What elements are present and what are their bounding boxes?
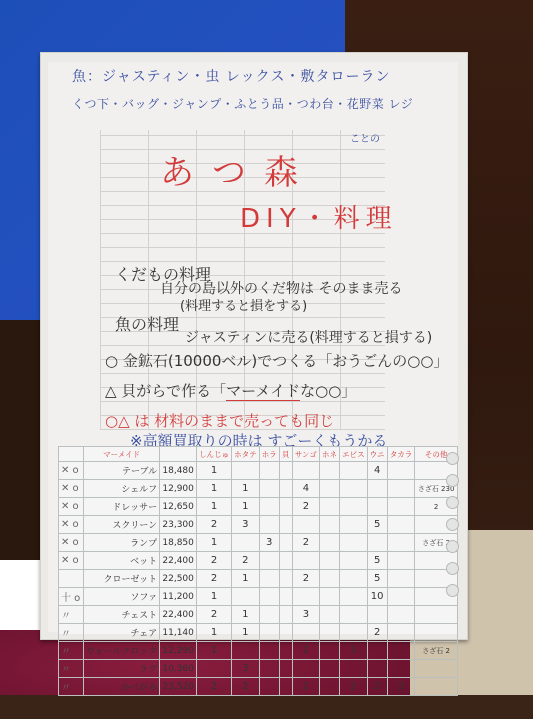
- material-count: [367, 606, 387, 624]
- material-count: [387, 498, 415, 516]
- header-coral: サンゴ: [292, 447, 319, 462]
- material-count: 5: [367, 570, 387, 588]
- recipe-table-sheet: マーメイド しんじゅ ホタテ ホラ 貝 サンゴ ホネ エビス ウニ タカラ その…: [58, 446, 458, 634]
- material-count: 2: [197, 552, 232, 570]
- item-name: チェア: [84, 624, 160, 642]
- material-count: [292, 624, 319, 642]
- material-count: 2: [197, 606, 232, 624]
- material-count: [319, 588, 339, 606]
- material-count: [367, 534, 387, 552]
- material-count: 2: [292, 534, 319, 552]
- material-count: [259, 678, 279, 696]
- material-count: [340, 570, 368, 588]
- header-urchin: ウニ: [367, 447, 387, 462]
- material-count: [387, 462, 415, 480]
- table-row: 十 oソファ11,200110: [59, 588, 458, 606]
- material-count: [292, 462, 319, 480]
- material-count: [340, 606, 368, 624]
- material-count: [367, 660, 387, 678]
- material-count: 2: [340, 678, 368, 696]
- row-mark: 〃: [59, 678, 84, 696]
- material-count: 3: [232, 660, 260, 678]
- shell-suffix: な○○」: [300, 382, 356, 400]
- item-price: 22,500: [160, 570, 197, 588]
- material-count: [387, 480, 415, 498]
- header-mark: [59, 447, 84, 462]
- material-count: [279, 516, 292, 534]
- table-row: ✕ oシェルフ12,900114さざ石 230: [59, 480, 458, 498]
- binder-hole: [446, 496, 459, 509]
- material-count: [197, 660, 232, 678]
- header-conch: ホラ: [259, 447, 279, 462]
- material-count: [279, 498, 292, 516]
- stray-text: ことの: [350, 130, 380, 145]
- material-count: [259, 570, 279, 588]
- material-count: [279, 480, 292, 498]
- item-name: ラグ: [84, 660, 160, 678]
- item-name: かべがみ: [84, 678, 160, 696]
- material-count: [415, 678, 458, 696]
- item-price: 12,650: [160, 498, 197, 516]
- material-count: [340, 462, 368, 480]
- material-count: 2: [232, 552, 260, 570]
- item-price: 11,200: [160, 588, 197, 606]
- material-count: [279, 570, 292, 588]
- table-row: ✕ oスクリーン23,300235: [59, 516, 458, 534]
- material-count: 2: [292, 498, 319, 516]
- binder-hole: [446, 562, 459, 575]
- header-ebisu: エビス: [340, 447, 368, 462]
- shell-prefix: △ 貝がらで作る「: [105, 382, 226, 400]
- top-note-line-1: 魚：ジャスティン・虫 レックス・敷タローラン: [72, 66, 391, 86]
- table-row: 〃ウォールクロック12,290123さざ石 2: [59, 642, 458, 660]
- item-price: 22,400: [160, 552, 197, 570]
- header-name: マーメイド: [84, 447, 160, 462]
- material-count: [387, 642, 415, 660]
- table-row: ✕ oドレッサー12,6501122: [59, 498, 458, 516]
- header-bone: ホネ: [319, 447, 339, 462]
- material-count: [340, 516, 368, 534]
- item-name: クローゼット: [84, 570, 160, 588]
- table-row: 〃ラグ10,3603: [59, 660, 458, 678]
- material-count: [415, 606, 458, 624]
- item-name: ソファ: [84, 588, 160, 606]
- material-count: [319, 660, 339, 678]
- material-count: [292, 588, 319, 606]
- material-count: [367, 480, 387, 498]
- material-count: 2: [367, 624, 387, 642]
- material-count: [232, 462, 260, 480]
- material-count: [367, 498, 387, 516]
- material-count: [319, 678, 339, 696]
- material-count: [319, 606, 339, 624]
- material-count: [279, 552, 292, 570]
- material-count: 2: [292, 570, 319, 588]
- binder-hole: [446, 518, 459, 531]
- material-count: [387, 606, 415, 624]
- binder-hole: [446, 474, 459, 487]
- top-note-line-2: くつ下・バッグ・ジャンプ・ふとう品・つわ台・花野菜 レジ: [72, 95, 413, 112]
- material-count: [387, 516, 415, 534]
- material-count: 1: [197, 462, 232, 480]
- table-row: 〃チェスト22,400213: [59, 606, 458, 624]
- material-count: [232, 642, 260, 660]
- material-count: [259, 642, 279, 660]
- wood-edge: [0, 695, 533, 719]
- row-mark: 十 o: [59, 588, 84, 606]
- material-count: [340, 660, 368, 678]
- material-count: [292, 660, 319, 678]
- item-price: 12,290: [160, 642, 197, 660]
- material-count: 2: [387, 678, 415, 696]
- material-count: [319, 516, 339, 534]
- header-pearl: しんじゅ: [197, 447, 232, 462]
- material-count: [340, 624, 368, 642]
- section-line-fruit-2: (料理すると損をする): [180, 295, 307, 314]
- material-count: 3: [340, 642, 368, 660]
- section-heading-fish: 魚の料理: [115, 312, 179, 335]
- page-title: あつ森: [160, 145, 316, 194]
- material-count: 1: [197, 642, 232, 660]
- material-count: [232, 534, 260, 552]
- binder-hole: [446, 584, 459, 597]
- material-count: [279, 642, 292, 660]
- material-count: 1: [232, 570, 260, 588]
- material-count: 2: [292, 678, 319, 696]
- material-count: 1: [197, 588, 232, 606]
- item-name: スクリーン: [84, 516, 160, 534]
- material-count: 2: [197, 570, 232, 588]
- material-count: [279, 624, 292, 642]
- item-price: 23,300: [160, 516, 197, 534]
- material-count: [279, 606, 292, 624]
- material-count: [367, 642, 387, 660]
- material-count: [340, 534, 368, 552]
- header-takara: タカラ: [387, 447, 415, 462]
- material-count: [387, 660, 415, 678]
- material-count: [319, 624, 339, 642]
- material-count: [340, 498, 368, 516]
- material-count: [259, 552, 279, 570]
- table-row: ✕ oテーブル18,48014: [59, 462, 458, 480]
- material-count: [279, 678, 292, 696]
- page-subtitle: DIY・料理: [240, 198, 398, 235]
- material-count: [415, 624, 458, 642]
- material-count: 5: [367, 552, 387, 570]
- table-row: ✕ oランプ18,850132さざ石 2: [59, 534, 458, 552]
- item-price: 12,900: [160, 480, 197, 498]
- material-count: 3: [232, 516, 260, 534]
- binder-holes: [446, 452, 460, 606]
- item-name: ウォールクロック: [84, 642, 160, 660]
- material-count: 10: [367, 588, 387, 606]
- table-row: 〃かべがみ23,520222222: [59, 678, 458, 696]
- material-count: [279, 588, 292, 606]
- table-row: ✕ oベット22,400225: [59, 552, 458, 570]
- item-price: 10,360: [160, 660, 197, 678]
- row-mark: [59, 570, 84, 588]
- item-name: チェスト: [84, 606, 160, 624]
- material-count: 3: [259, 534, 279, 552]
- material-count: [259, 462, 279, 480]
- header-shell: 貝: [279, 447, 292, 462]
- row-mark: 〃: [59, 624, 84, 642]
- recipe-table: マーメイド しんじゅ ホタテ ホラ 貝 サンゴ ホネ エビス ウニ タカラ その…: [58, 446, 458, 696]
- material-count: [259, 498, 279, 516]
- material-count: 1: [197, 534, 232, 552]
- material-count: [387, 624, 415, 642]
- material-count: [387, 552, 415, 570]
- material-count: 1: [197, 624, 232, 642]
- material-count: 3: [292, 606, 319, 624]
- header-scallop: ホタテ: [232, 447, 260, 462]
- shell-note: △ 貝がらで作る「マーメイドな○○」: [105, 380, 356, 401]
- material-count: 2: [232, 678, 260, 696]
- material-count: 2: [197, 516, 232, 534]
- material-count: [340, 480, 368, 498]
- row-mark: ✕ o: [59, 516, 84, 534]
- material-count: [319, 534, 339, 552]
- row-mark: ✕ o: [59, 534, 84, 552]
- material-count: 2: [197, 678, 232, 696]
- material-count: 4: [367, 462, 387, 480]
- material-count: [319, 462, 339, 480]
- material-count: [259, 588, 279, 606]
- table-header-row: マーメイド しんじゅ ホタテ ホラ 貝 サンゴ ホネ エビス ウニ タカラ その…: [59, 447, 458, 462]
- row-mark: 〃: [59, 660, 84, 678]
- binder-hole: [446, 452, 459, 465]
- header-price: [160, 447, 197, 462]
- binder-hole: [446, 540, 459, 553]
- table-row: クローゼット22,5002125: [59, 570, 458, 588]
- material-count: 1: [232, 498, 260, 516]
- material-count: [415, 660, 458, 678]
- material-count: [387, 534, 415, 552]
- material-count: [340, 552, 368, 570]
- material-count: 2: [292, 642, 319, 660]
- table-row: 〃チェア11,140112: [59, 624, 458, 642]
- item-price: 18,480: [160, 462, 197, 480]
- item-name: ベット: [84, 552, 160, 570]
- row-mark: 〃: [59, 606, 84, 624]
- material-count: [319, 570, 339, 588]
- row-mark: ✕ o: [59, 552, 84, 570]
- material-count: [259, 480, 279, 498]
- item-name: テーブル: [84, 462, 160, 480]
- item-price: 22,400: [160, 606, 197, 624]
- material-count: 1: [232, 624, 260, 642]
- material-count: [232, 588, 260, 606]
- row-mark: ✕ o: [59, 480, 84, 498]
- material-count: 1: [232, 480, 260, 498]
- material-count: [319, 552, 339, 570]
- material-count: [259, 660, 279, 678]
- shell-highlight: マーメイド: [226, 382, 300, 401]
- red-note: ○△ は 材料のままで売っても同じ: [105, 410, 334, 431]
- row-mark: 〃: [59, 642, 84, 660]
- material-count: [279, 660, 292, 678]
- material-count: [279, 534, 292, 552]
- material-count: [340, 588, 368, 606]
- section-line-fish-1: ジャスティンに売る(料理すると損する): [185, 327, 432, 347]
- material-count: [387, 570, 415, 588]
- material-count: [259, 624, 279, 642]
- material-count: 5: [367, 516, 387, 534]
- row-mark: ✕ o: [59, 462, 84, 480]
- item-price: 23,520: [160, 678, 197, 696]
- material-count: [279, 462, 292, 480]
- material-count: [292, 552, 319, 570]
- material-count: [319, 498, 339, 516]
- item-name: ランプ: [84, 534, 160, 552]
- material-count: [259, 606, 279, 624]
- gold-note: ○ 金鉱石(10000ベル)でつくる「おうごんの○○」: [105, 350, 448, 371]
- material-count: [319, 642, 339, 660]
- material-count: [387, 588, 415, 606]
- material-count: 1: [232, 606, 260, 624]
- material-count: [259, 516, 279, 534]
- material-count: 1: [197, 480, 232, 498]
- material-count: [319, 480, 339, 498]
- item-price: 11,140: [160, 624, 197, 642]
- item-price: 18,850: [160, 534, 197, 552]
- material-count: さざ石 2: [415, 642, 458, 660]
- material-count: 2: [367, 678, 387, 696]
- item-name: シェルフ: [84, 480, 160, 498]
- material-count: 1: [197, 498, 232, 516]
- row-mark: ✕ o: [59, 498, 84, 516]
- material-count: [292, 516, 319, 534]
- material-count: 4: [292, 480, 319, 498]
- item-name: ドレッサー: [84, 498, 160, 516]
